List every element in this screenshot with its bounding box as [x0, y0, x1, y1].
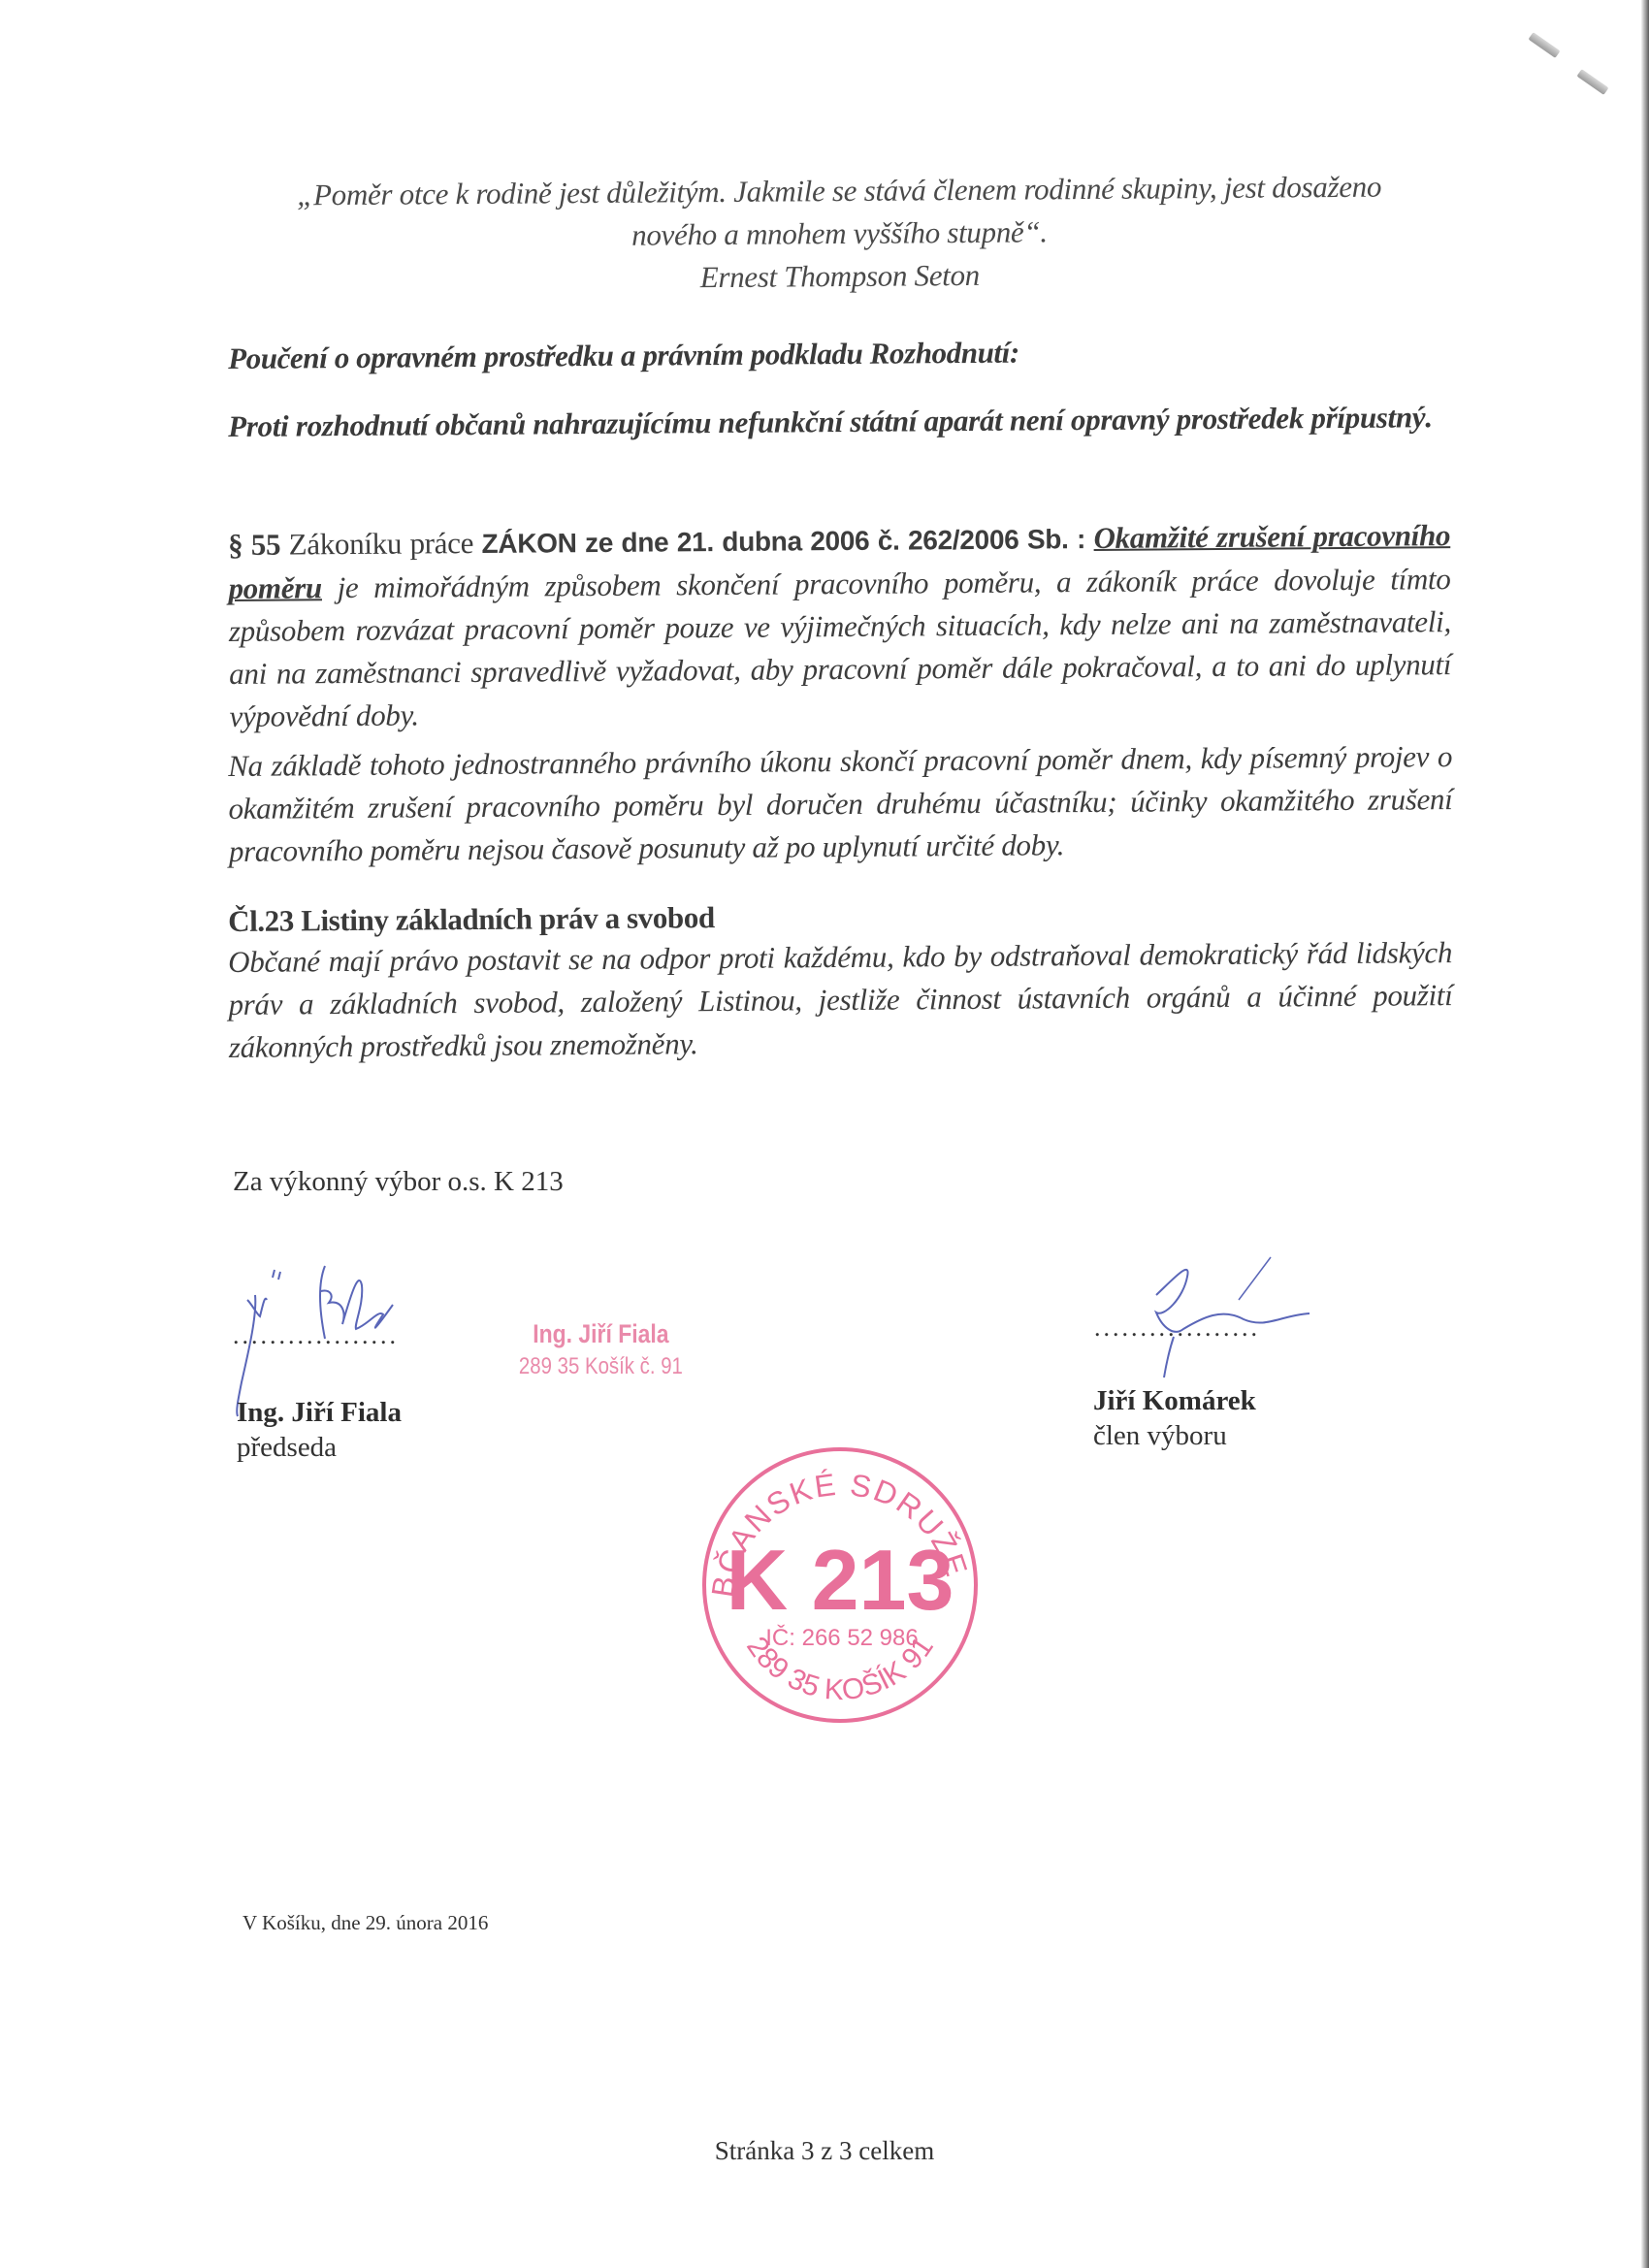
- epigraph-quote: „Poměr otce k rodině jest důležitým. Jak…: [228, 165, 1451, 303]
- law-separator: :: [1068, 524, 1093, 554]
- instruction-text: Proti rozhodnutí občanů nahrazujícímu ne…: [228, 396, 1455, 448]
- name-stamp: Ing. Jiří Fiala 289 35 Košík č. 91: [504, 1319, 697, 1380]
- stamp-address: 289 35 Košík č. 91: [519, 1353, 683, 1380]
- instruction-heading: Poučení o opravném prostředku a právním …: [228, 332, 1450, 376]
- staple-mark: [1576, 69, 1608, 95]
- law-reference: ZÁKON ze dne 21. dubna 2006 č. 262/2006 …: [481, 524, 1068, 559]
- article-23-title: Čl.23 Listiny základních práv a svobod: [228, 900, 715, 939]
- stamp-center-text: K 213: [727, 1532, 954, 1628]
- section-55-paragraph: § 55 Zákoníku práce ZÁKON ze dne 21. dub…: [228, 514, 1452, 738]
- signature-line: ..................: [233, 1321, 399, 1350]
- signatory-name: Jiří Komárek: [1093, 1385, 1256, 1417]
- stamp-name: Ing. Jiří Fiala: [519, 1319, 683, 1349]
- stamp-id-line: IČ: 266 52 986: [765, 1624, 918, 1651]
- signature-line: ..................: [1094, 1313, 1260, 1343]
- effect-paragraph: Na základě tohoto jednostranného právníh…: [228, 735, 1453, 873]
- committee-label: Za výkonný výbor o.s. K 213: [233, 1166, 564, 1198]
- scan-edge-shadow: [1641, 0, 1649, 2268]
- section-number: § 55: [228, 528, 280, 562]
- section-text: je mimořádným způsobem skončení pracovní…: [229, 562, 1452, 733]
- quote-author: Ernest Thompson Seton: [229, 250, 1451, 303]
- page-number-footer: Stránka 3 z 3 celkem: [0, 2136, 1649, 2166]
- association-round-stamp: OBČANSKÉ SDRUŽENÍ K 213 IČ: 266 52 986 2…: [695, 1440, 986, 1731]
- staple-mark: [1528, 32, 1560, 58]
- place-and-date: V Košíku, dne 29. února 2016: [242, 1911, 488, 1935]
- signatory-name: Ing. Jiří Fiala: [237, 1397, 402, 1429]
- section-code: Zákoníku práce: [280, 526, 482, 562]
- article-23-text: Občané mají právo postavit se na odpor p…: [228, 931, 1453, 1069]
- signature-komarek: [1135, 1240, 1329, 1385]
- signatory-role: předseda: [237, 1432, 337, 1464]
- signatory-role: člen výboru: [1093, 1420, 1227, 1452]
